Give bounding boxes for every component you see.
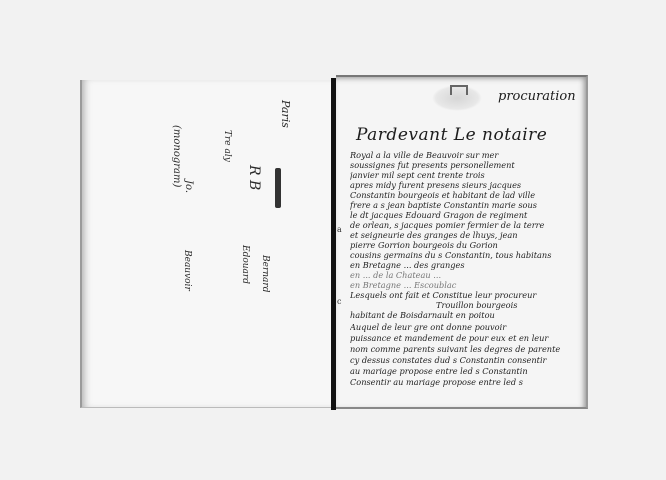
ink-flourish [275, 168, 281, 208]
left-note-tre: Tre aly [222, 130, 232, 162]
left-page: Paris R B Tre aly (monogram) Beauvoir Ed… [80, 80, 334, 408]
document-heading: Pardevant Le notaire [356, 125, 547, 145]
left-note-monogram: (monogram) [171, 125, 182, 187]
left-note-paris: Paris [279, 100, 292, 128]
left-note-signature-1: Beauvoir [182, 250, 192, 291]
left-note-rb: R B [246, 165, 262, 190]
left-note-jo: Jo. [183, 180, 194, 193]
crest-icon [432, 85, 482, 111]
document-title: procuration [498, 89, 576, 104]
right-page: procuration Pardevant Le notaire Royal a… [336, 75, 588, 409]
margin-mark: a [337, 225, 342, 234]
left-note-signature-2: Edouard [240, 245, 250, 284]
text-line: habitant de Boisdarnault en poitou [350, 309, 575, 321]
text-line: Consentir au mariage propose entre led s [350, 376, 575, 388]
scanned-spread: Paris R B Tre aly (monogram) Beauvoir Ed… [0, 0, 666, 480]
left-note-signature-3: Bernard [260, 255, 270, 292]
margin-mark: c [337, 297, 341, 306]
